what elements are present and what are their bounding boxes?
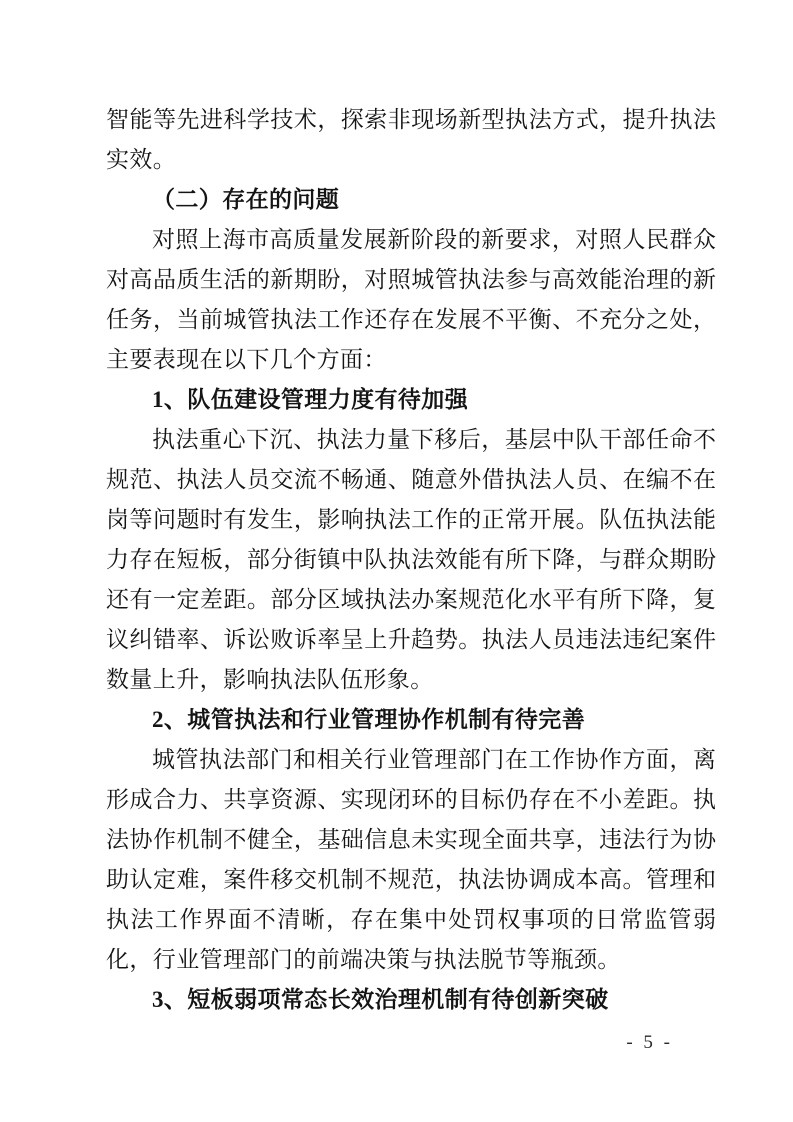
text-line: 任务，当前城管执法工作还存在发展不平衡、不充分之处， <box>106 300 716 340</box>
text-line: 规范、执法人员交流不畅通、随意外借执法人员、在编不在 <box>106 460 716 500</box>
text-line: 对照上海市高质量发展新阶段的新要求，对照人民群众 <box>106 220 716 260</box>
text-line: 主要表现在以下几个方面： <box>106 340 716 380</box>
document-page: 智能等先进科学技术，探索非现场新型执法方式，提升执法 实效。 （二）存在的问题 … <box>0 0 793 1122</box>
text-block: 智能等先进科学技术，探索非现场新型执法方式，提升执法 实效。 （二）存在的问题 … <box>106 100 716 1020</box>
text-line: 助认定难，案件移交机制不规范，执法协调成本高。管理和 <box>106 860 716 900</box>
text-line: 岗等问题时有发生，影响执法工作的正常开展。队伍执法能 <box>106 500 716 540</box>
text-line: 执法工作界面不清晰，存在集中处罚权事项的日常监管弱 <box>106 900 716 940</box>
text-line: 对高品质生活的新期盼，对照城管执法参与高效能治理的新 <box>106 260 716 300</box>
text-line: 实效。 <box>106 140 716 180</box>
section-heading: 1、队伍建设管理力度有待加强 <box>106 380 716 420</box>
section-heading: 3、短板弱项常态长效治理机制有待创新突破 <box>106 980 716 1020</box>
text-line: 形成合力、共享资源、实现闭环的目标仍存在不小差距。执 <box>106 780 716 820</box>
section-heading: （二）存在的问题 <box>106 180 716 220</box>
text-line: 法协作机制不健全，基础信息未实现全面共享，违法行为协 <box>106 820 716 860</box>
text-line: 执法重心下沉、执法力量下移后，基层中队干部任命不 <box>106 420 716 460</box>
page-number: - 5 - <box>626 1029 673 1057</box>
section-heading: 2、城管执法和行业管理协作机制有待完善 <box>106 700 716 740</box>
text-line: 还有一定差距。部分区域执法办案规范化水平有所下降，复 <box>106 580 716 620</box>
text-line: 智能等先进科学技术，探索非现场新型执法方式，提升执法 <box>106 100 716 140</box>
text-line: 城管执法部门和相关行业管理部门在工作协作方面，离 <box>106 740 716 780</box>
text-line: 化，行业管理部门的前端决策与执法脱节等瓶颈。 <box>106 940 716 980</box>
text-line: 数量上升，影响执法队伍形象。 <box>106 660 716 700</box>
text-line: 议纠错率、诉讼败诉率呈上升趋势。执法人员违法违纪案件 <box>106 620 716 660</box>
text-line: 力存在短板，部分街镇中队执法效能有所下降，与群众期盼 <box>106 540 716 580</box>
